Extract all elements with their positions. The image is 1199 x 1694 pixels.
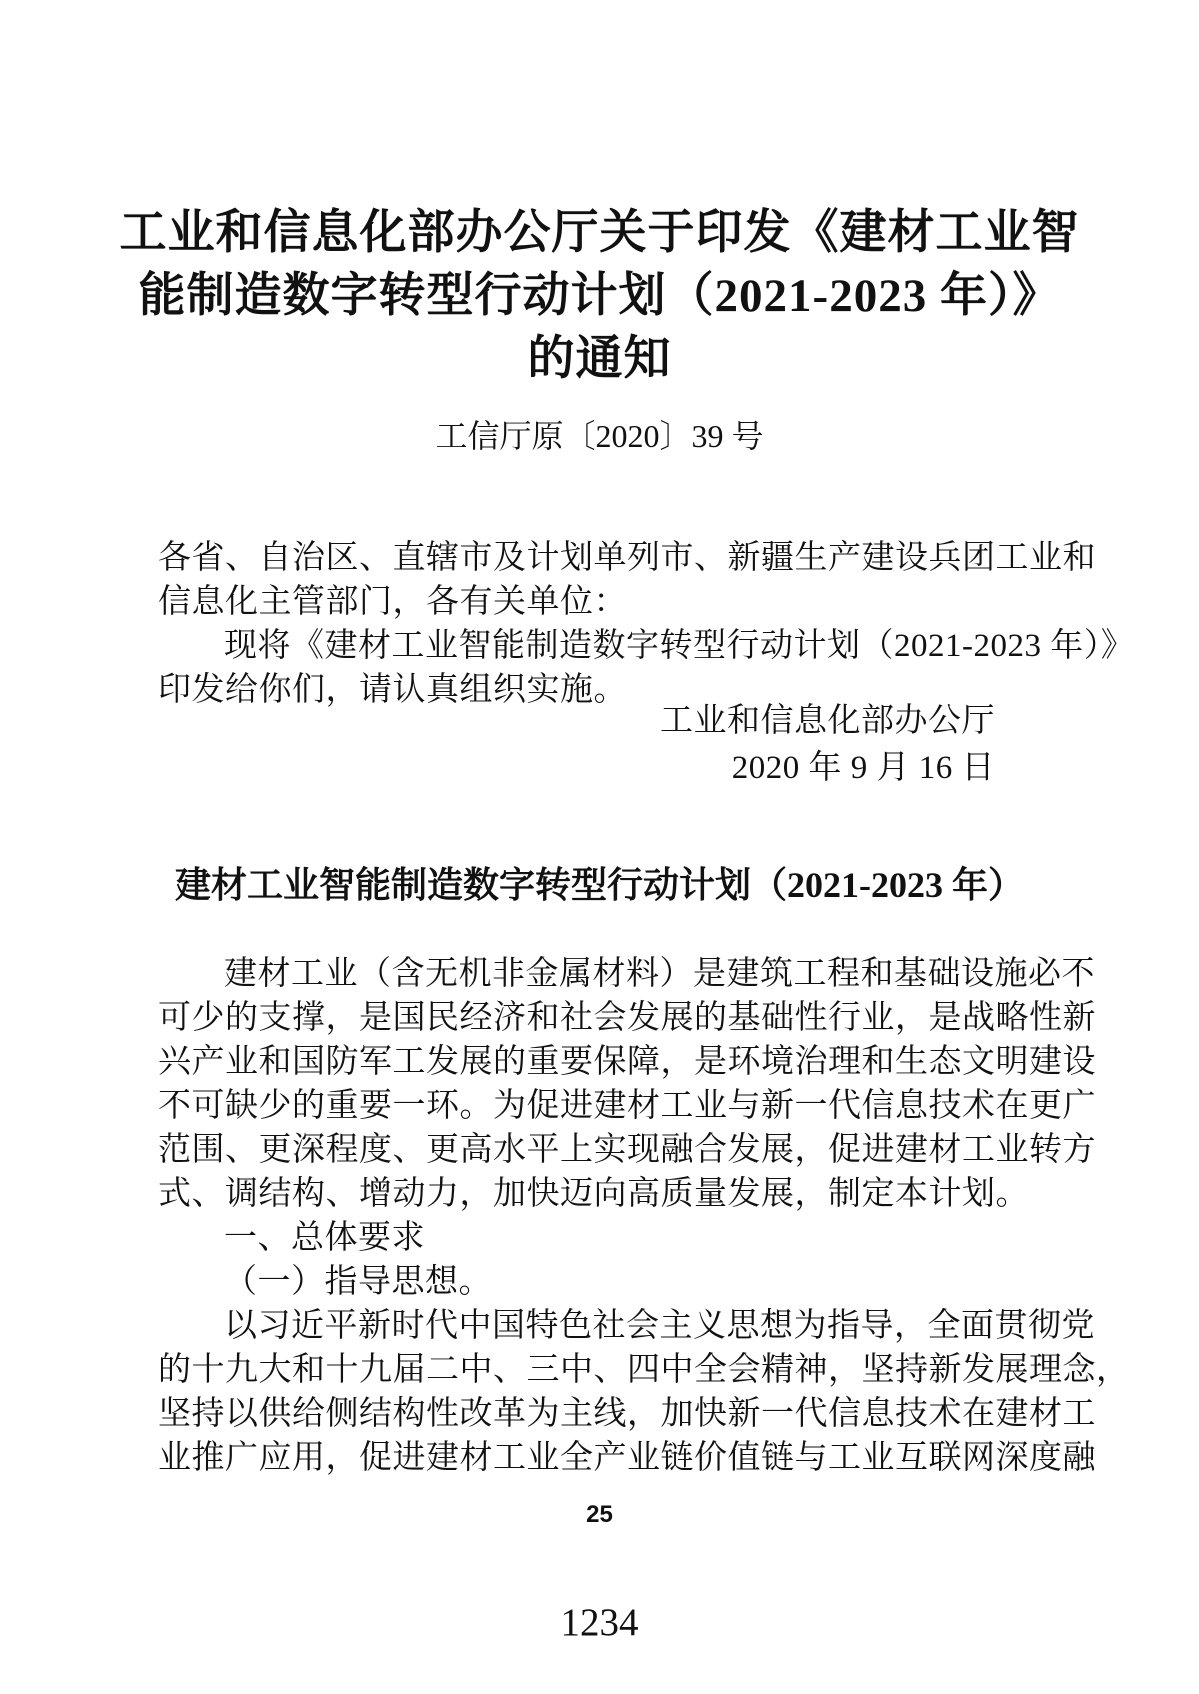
body-text: 建材工业（含无机非金属材料）是建筑工程和基础设施必不 可少的支撑，是国民经济和社…: [158, 952, 1048, 1480]
intro-line: 不可缺少的重要一环。为促进建材工业与新一代信息技术在更广: [158, 1084, 1048, 1128]
intro-line: 可少的支撑，是国民经济和社会发展的基础性行业，是战略性新: [158, 996, 1048, 1040]
attachment-title: 建材工业智能制造数字转型行动计划（2021-2023 年）: [0, 862, 1199, 908]
guiding-line: 业推广应用，促进建材工业全产业链价值链与工业互联网深度融: [158, 1436, 1048, 1480]
guiding-line: 的十九大和十九届二中、三中、四中全会精神，坚持新发展理念，: [158, 1348, 1048, 1392]
salutation-line: 信息化主管部门，各有关单位：: [158, 580, 1048, 624]
title-line: 能制造数字转型行动计划（2021-2023 年）》: [0, 265, 1199, 328]
salutation-line: 各省、自治区、直辖市及计划单列市、新疆生产建设兵团工业和: [158, 536, 1048, 580]
notice-line: 现将《建材工业智能制造数字转型行动计划（2021-2023 年）》: [158, 624, 1048, 668]
opening-section: 各省、自治区、直辖市及计划单列市、新疆生产建设兵团工业和 信息化主管部门，各有关…: [158, 536, 1048, 712]
section-heading: 一、总体要求: [158, 1216, 1048, 1260]
intro-line: 兴产业和国防军工发展的重要保障，是环境治理和生态文明建设: [158, 1040, 1048, 1084]
document-page: 工业和信息化部办公厅关于印发《建材工业智 能制造数字转型行动计划（2021-20…: [0, 0, 1199, 1694]
page-number: 1234: [0, 1600, 1199, 1646]
signature-date: 2020 年 9 月 16 日: [660, 745, 995, 792]
page-number-small: 25: [0, 1500, 1199, 1530]
intro-line: 式、调结构、增动力，加快迈向高质量发展，制定本计划。: [158, 1172, 1048, 1216]
intro-line: 范围、更深程度、更高水平上实现融合发展，促进建材工业转方: [158, 1128, 1048, 1172]
title-line: 工业和信息化部办公厅关于印发《建材工业智: [0, 202, 1199, 265]
signature-block: 工业和信息化部办公厅 2020 年 9 月 16 日: [660, 698, 995, 792]
guiding-line: 坚持以供给侧结构性改革为主线，加快新一代信息技术在建材工: [158, 1392, 1048, 1436]
title-line: 的通知: [0, 328, 1199, 391]
subsection-heading: （一）指导思想。: [158, 1260, 1048, 1304]
signature-org: 工业和信息化部办公厅: [660, 698, 995, 745]
guiding-line: 以习近平新时代中国特色社会主义思想为指导，全面贯彻党: [158, 1304, 1048, 1348]
document-number: 工信厅原〔2020〕39 号: [0, 416, 1199, 456]
document-title: 工业和信息化部办公厅关于印发《建材工业智 能制造数字转型行动计划（2021-20…: [0, 202, 1199, 391]
intro-line: 建材工业（含无机非金属材料）是建筑工程和基础设施必不: [158, 952, 1048, 996]
